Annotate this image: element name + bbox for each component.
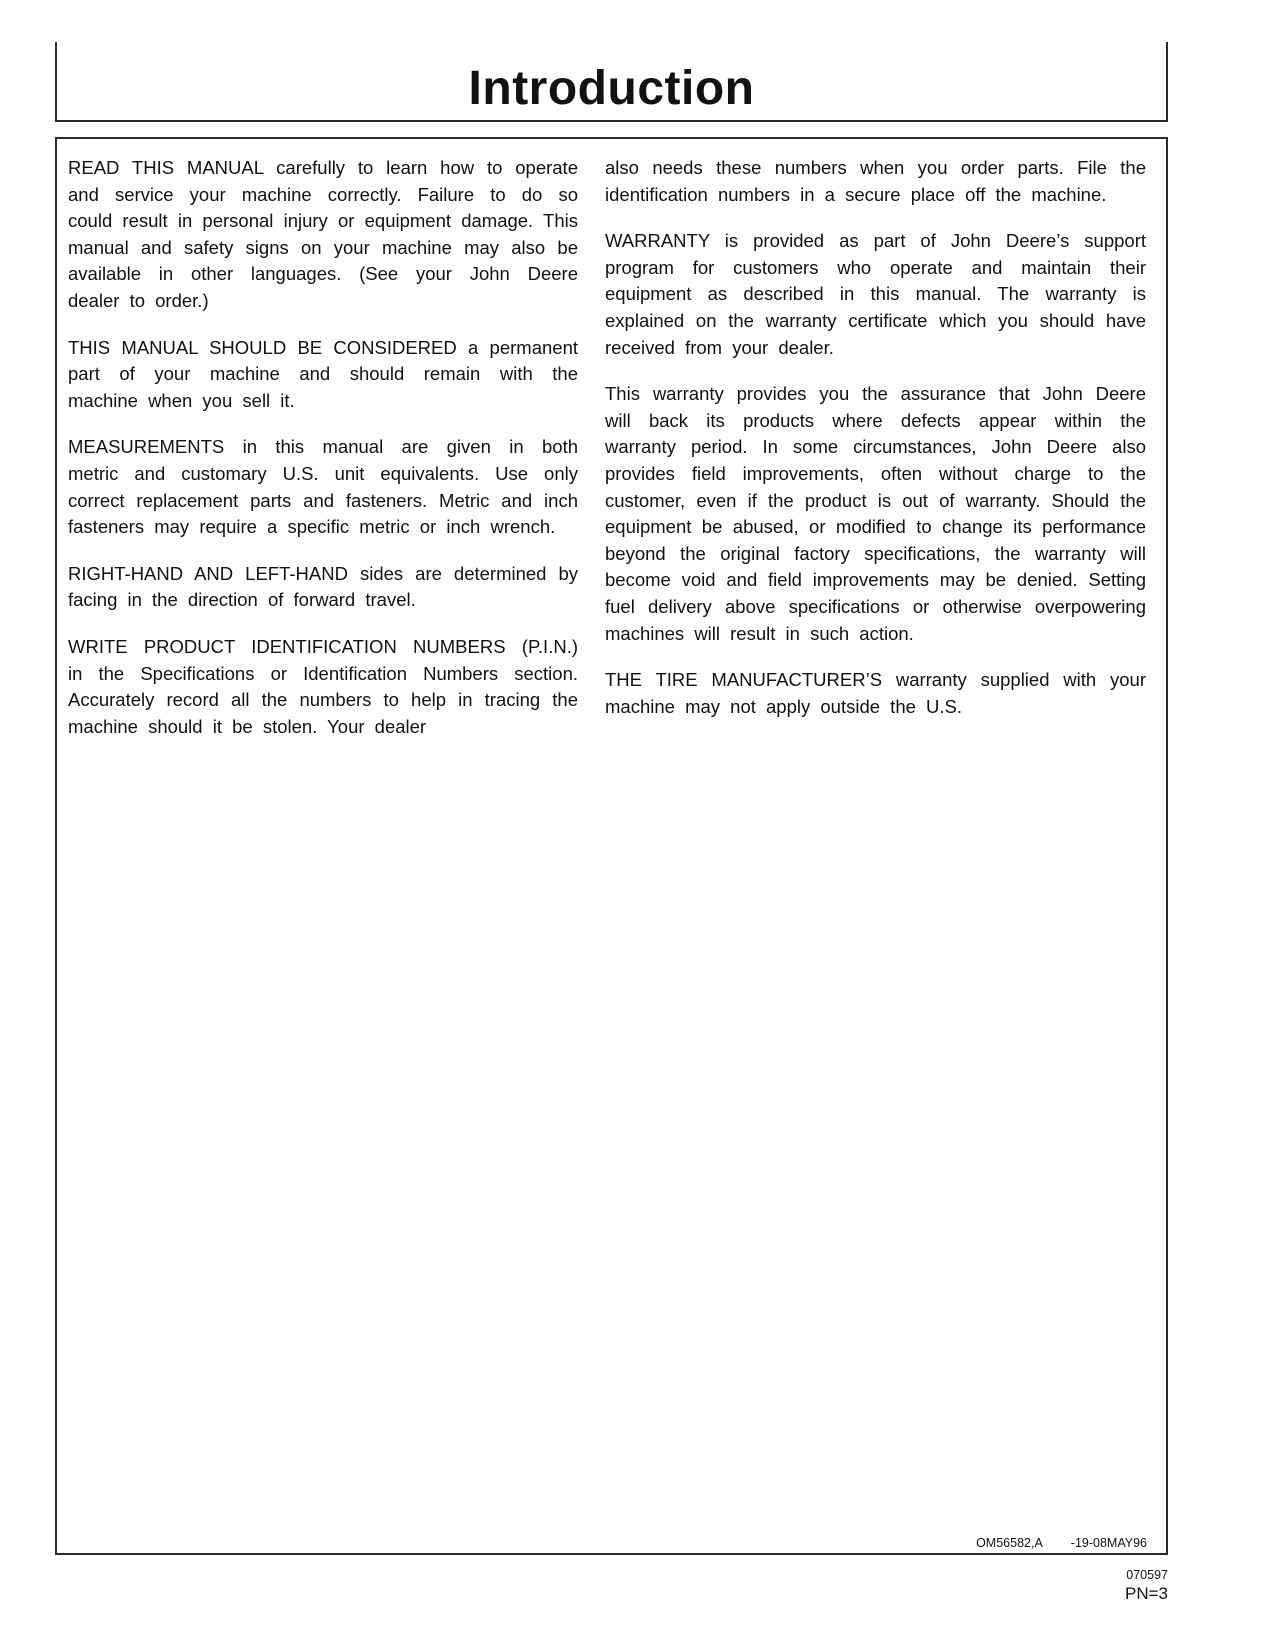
title-box: Introduction: [55, 42, 1168, 122]
page-title: Introduction: [469, 65, 755, 120]
paragraph: READ THIS MANUAL carefully to learn how …: [68, 155, 578, 315]
paragraph: WRITE PRODUCT IDENTIFICATION NUMBERS (P.…: [68, 634, 578, 740]
content-box: READ THIS MANUAL carefully to learn how …: [55, 137, 1168, 1555]
page-number: PN=3: [1125, 1584, 1168, 1604]
two-column-layout: READ THIS MANUAL carefully to learn how …: [57, 139, 1166, 760]
paragraph: also needs these numbers when you order …: [605, 155, 1146, 208]
reference-footnote: OM56582,A-19-08MAY96: [976, 1536, 1147, 1550]
document-code: OM56582,A: [976, 1536, 1043, 1550]
print-code: 070597: [1125, 1568, 1168, 1582]
date-code: -19-08MAY96: [1071, 1536, 1147, 1550]
page-footer: 070597 PN=3: [1125, 1568, 1168, 1604]
paragraph: THIS MANUAL SHOULD BE CONSIDERED a perma…: [68, 335, 578, 415]
paragraph: This warranty provides you the assurance…: [605, 381, 1146, 647]
right-column: also needs these numbers when you order …: [605, 155, 1146, 760]
left-column: READ THIS MANUAL carefully to learn how …: [68, 155, 578, 760]
paragraph: THE TIRE MANUFACTURER’S warranty supplie…: [605, 667, 1146, 720]
paragraph: MEASUREMENTS in this manual are given in…: [68, 434, 578, 540]
manual-page: Introduction READ THIS MANUAL carefully …: [0, 0, 1275, 1650]
paragraph: RIGHT-HAND AND LEFT-HAND sides are deter…: [68, 561, 578, 614]
paragraph: WARRANTY is provided as part of John Dee…: [605, 228, 1146, 361]
